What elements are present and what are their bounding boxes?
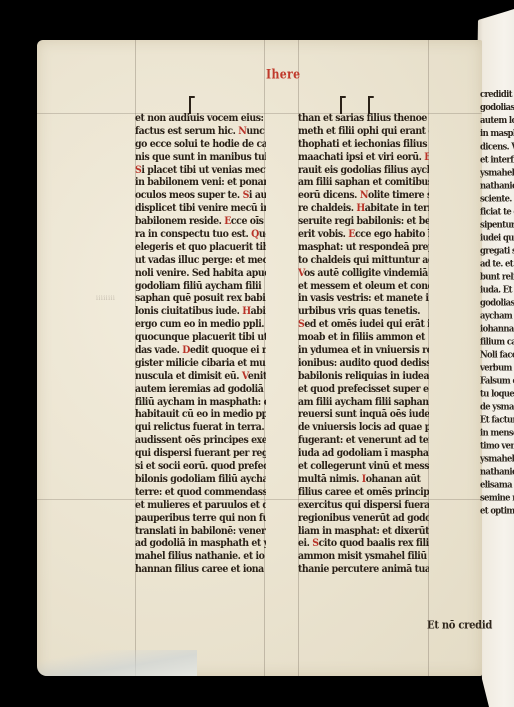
text-line: regionibus venerūt ad godo (298, 512, 429, 526)
text-line: autem ieremias ad godoliā (135, 383, 266, 397)
text-line: Vos autē colligite vindemiā (298, 267, 429, 281)
text-line: et mulieres et paruulos et de (135, 499, 266, 513)
text-column-left: et non audiuis vocem eius: etfactus est … (135, 113, 266, 577)
catchword: Et nō credid (427, 619, 492, 632)
facing-leaf-line: et optimates (480, 503, 514, 517)
rubricated-initial: S (135, 164, 141, 176)
rubricated-initial: H (242, 306, 250, 318)
running-head: Ihere (266, 67, 300, 83)
rubricated-initial: N (360, 190, 368, 202)
rubricated-initial: Q (251, 228, 259, 240)
rubricated-initial: S (243, 190, 249, 202)
rubricated-initial: E (224, 215, 231, 227)
rubricated-initial: I (362, 473, 366, 485)
rubricated-initial: N (238, 125, 246, 137)
rubricated-initial: E (348, 228, 355, 240)
rubricated-initial: E (424, 151, 429, 163)
rubricated-initial: S (298, 318, 304, 330)
text-line: maachati ipsi et viri eorū. Et iu (298, 151, 429, 165)
text-line: noli venire. Sed habita apud (135, 267, 266, 281)
margin-note: iiiiiiii (96, 295, 115, 302)
rubricated-initial: H (356, 202, 364, 214)
text-line: et quod prefecisset super eos godoli (298, 383, 429, 397)
text-line: pauperibus terre qui non fuerant (135, 512, 266, 526)
rubricated-initial: V (242, 370, 248, 382)
rubricated-initial: D (182, 344, 190, 356)
facing-leaf-text: credidit eisgodolias. Iohanautem loquutu… (480, 88, 514, 517)
text-line: thanie percutere animā tuam. (298, 563, 429, 577)
text-line: exercitus qui dispersi fuerant ī (298, 499, 429, 513)
text-line: nis que sunt in manibus tuis. (135, 151, 266, 165)
text-line: hannan filius caree et iona (135, 563, 266, 577)
rubricated-initial: V (298, 267, 304, 279)
text-column-right: than et sarias filius thenoemeth et fili… (298, 113, 429, 577)
rubricated-initial: S (312, 538, 318, 550)
